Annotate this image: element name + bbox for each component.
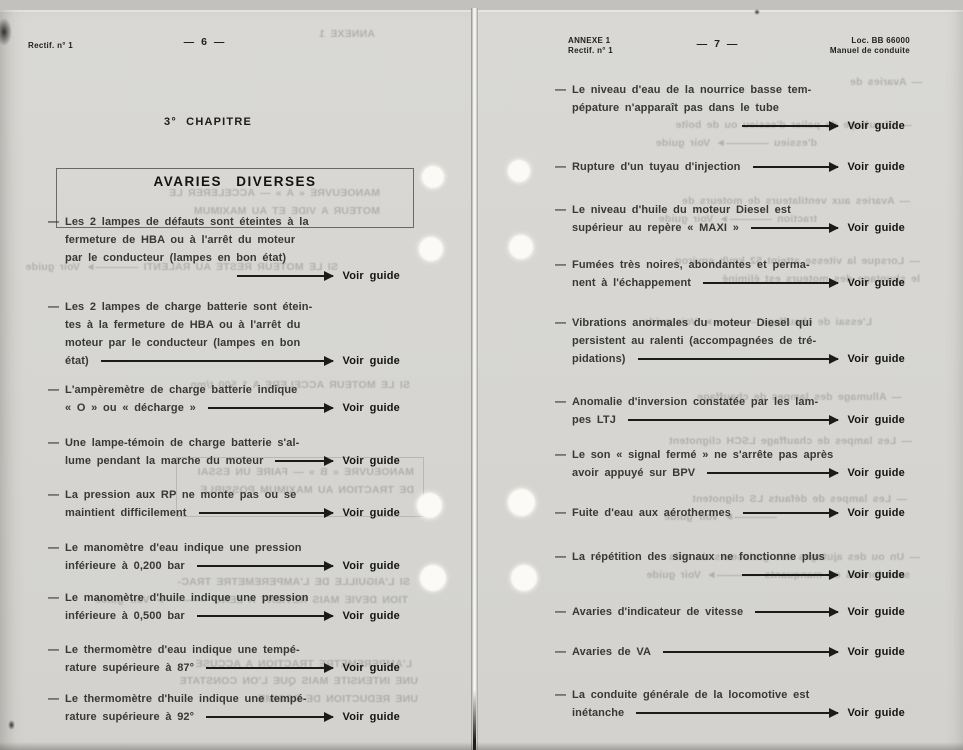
item-lines: Avaries d'indicateur de vitesseVoir guid… [572,603,905,621]
item-arrow-row: nent à l'échappementVoir guide [572,274,905,292]
item-arrow-row: Voir guide [65,267,400,285]
item-line: tes à la fermeture de HBA ou à l'arrêt d… [65,316,400,334]
item-line: Fumées très noires, abondantes et perma- [572,256,905,274]
item-line: fermeture de HBA ou à l'arrêt du moteur [65,231,400,249]
item-lines: La pression aux RP ne monte pas ou semai… [65,486,400,522]
scan-background-top [0,0,963,10]
right-arrow-icon [703,282,838,284]
header-rectif: Rectif. n° 1 [568,46,613,56]
voir-guide-label: Voir guide [343,557,400,575]
item-line: pes LTJ [572,411,616,429]
item-lines: Avaries de VAVoir guide [572,643,905,661]
right-arrow-icon [636,712,837,714]
page-left: ANNEXE 1MANOEUVRE « A » — ACCELERER LEMO… [0,10,471,750]
scan-background-bottom [0,742,963,750]
fault-item: —Le manomètre d'eau indique une pression… [48,539,400,575]
item-line: « O » ou « décharge » [65,399,196,417]
right-arrow-icon [755,611,837,613]
item-line: Le niveau d'huile du moteur Diesel est [572,201,905,219]
header-manual: Manuel de conduite [778,46,910,56]
fault-item: —La répétition des signaux ne fonctionne… [555,548,905,584]
item-lines: Fuite d'eau aux aérothermesVoir guide [572,504,905,522]
scan-speck [8,720,15,730]
item-line: La pression aux RP ne monte pas ou se [65,486,400,504]
item-arrow-row: maintient difficilementVoir guide [65,504,400,522]
item-line: Avaries de VA [572,643,651,661]
voir-guide-label: Voir guide [848,350,905,368]
right-arrow-icon [199,512,333,514]
item-dash: — [555,643,566,661]
bleedthrough-text: ANNEXE 1 [295,26,375,43]
item-lines: Le thermomètre d'huile indique une tempé… [65,690,400,726]
item-dash: — [555,393,566,411]
right-arrow-icon [101,360,333,362]
gutter-shadow [473,690,476,750]
item-lines: Le thermomètre d'eau indique une tempé-r… [65,641,400,677]
item-line: La conduite générale de la locomotive es… [572,686,905,704]
item-arrow-row: Rupture d'un tuyau d'injectionVoir guide [572,158,905,176]
voir-guide-label: Voir guide [343,708,400,726]
item-arrow-row: rature supérieure à 87°Voir guide [65,659,400,677]
right-arrow-icon [206,716,332,718]
right-arrow-icon [206,667,332,669]
voir-guide-label: Voir guide [343,267,400,285]
right-arrow-icon [197,565,333,567]
scan-smudge [0,18,12,46]
page-right: — Avaries de— Chauffage de palier d'essi… [478,10,963,750]
item-dash: — [555,256,566,274]
header-annexe-block: ANNEXE 1 Rectif. n° 1 [568,36,613,55]
voir-guide-label: Voir guide [848,411,905,429]
voir-guide-label: Voir guide [848,643,905,661]
right-arrow-icon [197,615,333,617]
item-line: supérieur au repère « MAXI » [572,219,739,237]
item-lines: Le niveau d'eau de la nourrice basse tem… [572,81,905,135]
item-dash: — [48,641,59,659]
right-arrow-icon [742,574,838,576]
item-arrow-row: pidations)Voir guide [572,350,905,368]
fault-item: —Le thermomètre d'eau indique une tempé-… [48,641,400,677]
header-annexe: ANNEXE 1 [568,36,613,46]
scan-speck [754,9,760,15]
voir-guide-label: Voir guide [848,464,905,482]
item-dash: — [48,539,59,557]
right-arrow-icon [275,460,332,462]
item-line: Le niveau d'eau de la nourrice basse tem… [572,81,905,99]
item-dash: — [48,589,59,607]
item-line: Les 2 lampes de défauts sont éteintes à … [65,213,400,231]
scanned-manual-spread: ANNEXE 1MANOEUVRE « A » — ACCELERER LEMO… [0,0,963,750]
voir-guide-label: Voir guide [848,704,905,722]
item-dash: — [555,686,566,704]
fault-item: —Vibrations anormales du moteur Diesel q… [555,314,905,368]
item-dash: — [48,381,59,399]
item-line: L'ampèremètre de charge batterie indique [65,381,400,399]
bleedthrough-text: d'essieu ————► Voir guide [522,135,817,152]
fault-item: —Fuite d'eau aux aérothermesVoir guide [555,504,905,522]
punch-hole [509,235,533,259]
fault-item: —Une lampe-témoin de charge batterie s'a… [48,434,400,470]
section-title: AVARIES DIVERSES [57,174,413,189]
fault-item: —La conduite générale de la locomotive e… [555,686,905,722]
item-arrow-row: lume pendant la marche du moteurVoir gui… [65,452,400,470]
item-line: La répétition des signaux ne fonctionne … [572,548,905,566]
voir-guide-label: Voir guide [848,504,905,522]
item-line: état) [65,352,89,370]
fault-item: —Le niveau d'eau de la nourrice basse te… [555,81,905,135]
item-line: Anomalie d'inversion constatée par les l… [572,393,905,411]
right-arrow-icon [753,166,838,168]
fault-item: —Avaries d'indicateur de vitesseVoir gui… [555,603,905,621]
header-loc-block: Loc. BB 66000 Manuel de conduite [778,36,910,55]
item-arrow-row: « O » ou « décharge »Voir guide [65,399,400,417]
item-arrow-row: pes LTJVoir guide [572,411,905,429]
item-lines: L'ampèremètre de charge batterie indique… [65,381,400,417]
right-arrow-icon [628,419,838,421]
fault-item: —Les 2 lampes de défauts sont éteintes à… [48,213,400,285]
item-line: Une lampe-témoin de charge batterie s'al… [65,434,400,452]
item-arrow-row: inférieure à 0,200 barVoir guide [65,557,400,575]
item-line: Le thermomètre d'eau indique une tempé- [65,641,400,659]
item-line: inférieure à 0,200 bar [65,557,185,575]
item-lines: Le niveau d'huile du moteur Diesel estsu… [572,201,905,237]
item-dash: — [555,158,566,176]
item-line: Vibrations anormales du moteur Diesel qu… [572,314,905,332]
fault-item: —Le thermomètre d'huile indique une temp… [48,690,400,726]
item-dash: — [48,690,59,708]
punch-hole [511,565,537,591]
punch-hole [420,565,446,591]
voir-guide-label: Voir guide [848,603,905,621]
item-arrow-row: Avaries de VAVoir guide [572,643,905,661]
item-arrow-row: Voir guide [572,117,905,135]
punch-hole [422,166,444,188]
item-line: maintient difficilement [65,504,187,522]
voir-guide-label: Voir guide [343,607,400,625]
item-arrow-row: supérieur au repère « MAXI »Voir guide [572,219,905,237]
right-arrow-icon [638,358,838,360]
item-line: inférieure à 0,500 bar [65,607,185,625]
item-lines: Le manomètre d'huile indique une pressio… [65,589,400,625]
item-line: inétanche [572,704,624,722]
item-line: persistent au ralenti (accompagnées de t… [572,332,905,350]
item-line: Rupture d'un tuyau d'injection [572,158,741,176]
fault-item: —L'ampèremètre de charge batterie indiqu… [48,381,400,417]
item-line: nent à l'échappement [572,274,691,292]
item-lines: Anomalie d'inversion constatée par les l… [572,393,905,429]
fault-item: —Avaries de VAVoir guide [555,643,905,661]
punch-hole [508,160,530,182]
voir-guide-label: Voir guide [848,117,905,135]
item-lines: Le son « signal fermé » ne s'arrête pas … [572,446,905,482]
right-arrow-icon [237,275,333,277]
item-dash: — [555,81,566,99]
item-line: rature supérieure à 92° [65,708,194,726]
fault-item: —Anomalie d'inversion constatée par les … [555,393,905,429]
item-line: pépature n'apparaît pas dans le tube [572,99,905,117]
header-loc: Loc. BB 66000 [778,36,910,46]
item-lines: La répétition des signaux ne fonctionne … [572,548,905,584]
item-lines: Les 2 lampes de défauts sont éteintes à … [65,213,400,285]
item-arrow-row: inétancheVoir guide [572,704,905,722]
item-line: Avaries d'indicateur de vitesse [572,603,743,621]
right-arrow-icon [742,125,838,127]
item-line: Les 2 lampes de charge batterie sont éte… [65,298,400,316]
voir-guide-label: Voir guide [343,452,400,470]
item-arrow-row: avoir appuyé sur BPVVoir guide [572,464,905,482]
voir-guide-label: Voir guide [848,274,905,292]
fault-item: —Fumées très noires, abondantes et perma… [555,256,905,292]
item-lines: Une lampe-témoin de charge batterie s'al… [65,434,400,470]
item-line: rature supérieure à 87° [65,659,194,677]
chapter-heading: 3° CHAPITRE [58,116,358,128]
item-dash: — [555,446,566,464]
voir-guide-label: Voir guide [343,352,400,370]
fault-item: —Rupture d'un tuyau d'injectionVoir guid… [555,158,905,176]
punch-hole [417,493,442,518]
item-line: lume pendant la marche du moteur [65,452,263,470]
fault-item: —Le niveau d'huile du moteur Diesel ests… [555,201,905,237]
item-arrow-row: Voir guide [572,566,905,584]
item-lines: La conduite générale de la locomotive es… [572,686,905,722]
fault-item: —La pression aux RP ne monte pas ou sema… [48,486,400,522]
item-line: Le son « signal fermé » ne s'arrête pas … [572,446,905,464]
item-line: Le manomètre d'eau indique une pression [65,539,400,557]
page-number: — 7 — [643,38,793,50]
voir-guide-label: Voir guide [848,158,905,176]
item-dash: — [48,213,59,231]
item-lines: Fumées très noires, abondantes et perma-… [572,256,905,292]
voir-guide-label: Voir guide [343,399,400,417]
item-line: Fuite d'eau aux aérothermes [572,504,731,522]
item-arrow-row: rature supérieure à 92°Voir guide [65,708,400,726]
right-arrow-icon [663,651,837,653]
item-line: Le thermomètre d'huile indique une tempé… [65,690,400,708]
item-lines: Rupture d'un tuyau d'injectionVoir guide [572,158,905,176]
item-line: par le conducteur (lampes en bon état) [65,249,400,267]
voir-guide-label: Voir guide [848,219,905,237]
item-arrow-row: inférieure à 0,500 barVoir guide [65,607,400,625]
right-arrow-icon [751,227,838,229]
item-dash: — [555,603,566,621]
item-dash: — [555,504,566,522]
fault-item: —Le manomètre d'huile indique une pressi… [48,589,400,625]
item-dash: — [555,201,566,219]
right-arrow-icon [743,512,838,514]
header-rectif: Rectif. n° 1 [28,41,73,51]
item-lines: Les 2 lampes de charge batterie sont éte… [65,298,400,370]
item-line: pidations) [572,350,626,368]
page-number: — 6 — [130,36,280,48]
item-dash: — [48,434,59,452]
voir-guide-label: Voir guide [848,566,905,584]
item-line: avoir appuyé sur BPV [572,464,695,482]
item-dash: — [48,486,59,504]
item-arrow-row: Avaries d'indicateur de vitesseVoir guid… [572,603,905,621]
punch-hole [419,237,443,261]
item-line: Le manomètre d'huile indique une pressio… [65,589,400,607]
right-arrow-icon [208,407,333,409]
item-dash: — [555,314,566,332]
binding-gutter [471,8,478,750]
fault-item: —Les 2 lampes de charge batterie sont ét… [48,298,400,370]
item-dash: — [48,298,59,316]
fault-item: —Le son « signal fermé » ne s'arrête pas… [555,446,905,482]
item-arrow-row: état)Voir guide [65,352,400,370]
item-line: moteur par le conducteur (lampes en bon [65,334,400,352]
right-arrow-icon [707,472,837,474]
item-lines: Vibrations anormales du moteur Diesel qu… [572,314,905,368]
item-dash: — [555,548,566,566]
item-arrow-row: Fuite d'eau aux aérothermesVoir guide [572,504,905,522]
voir-guide-label: Voir guide [343,504,400,522]
voir-guide-label: Voir guide [343,659,400,677]
item-lines: Le manomètre d'eau indique une pressioni… [65,539,400,575]
punch-hole [508,489,535,516]
